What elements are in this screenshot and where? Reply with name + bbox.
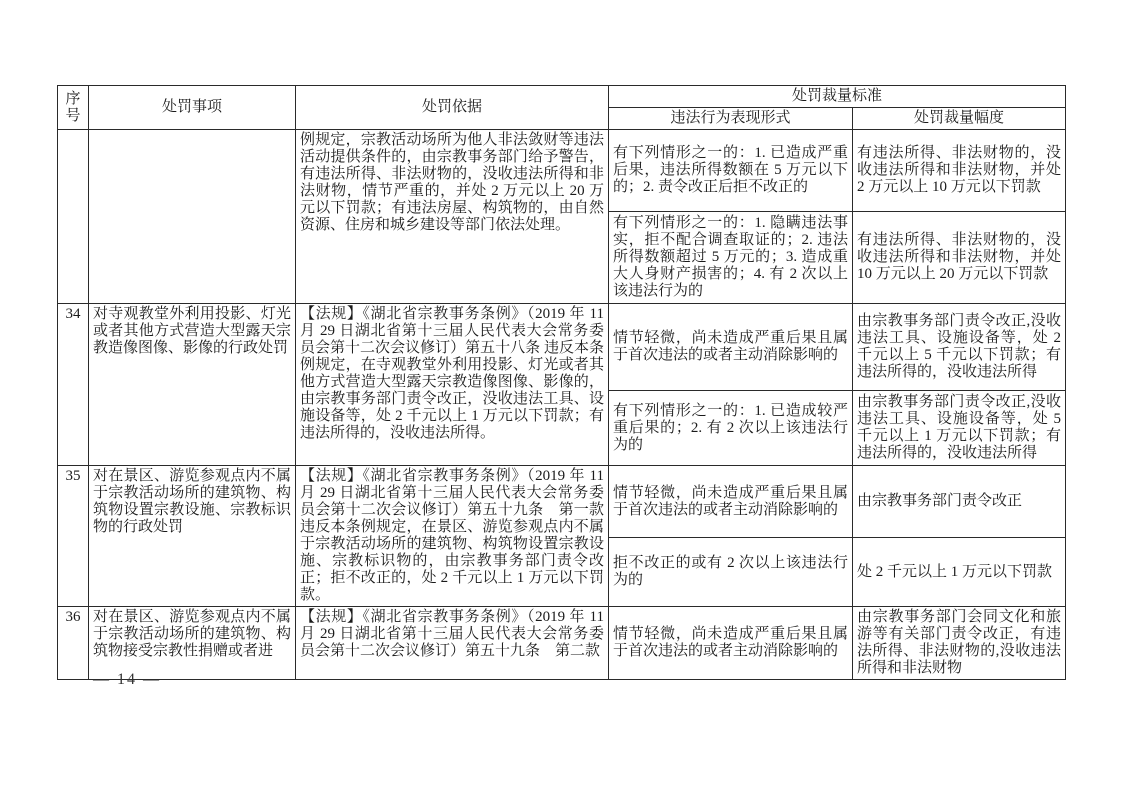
page-number: — 14 —	[93, 671, 161, 689]
cell-range: 由宗教事务部门责令改正,没收违法工具、设施设备等，处 5 千元以上 1 万元以下…	[853, 391, 1066, 466]
cell-range: 有违法所得、非法财物的，没收违法所得和非法财物，并处 2 万元以上 10 万元以…	[853, 130, 1066, 212]
cell-behavior: 有下列情形之一的：1. 已造成较严重后果的；2. 有 2 次以上该违法行为的	[609, 391, 853, 466]
cell-basis: 【法规】《湖北省宗教事务条例》（2019 年 11 月 29 日湖北省第十三届人…	[296, 607, 609, 680]
header-col-basis: 处罚依据	[296, 86, 609, 130]
cell-behavior: 情节轻微，尚未造成严重后果且属于首次违法的或者主动消除影响的	[609, 466, 853, 538]
cell-range: 由宗教事务部门责令改正,没收违法工具、设施设备等，处 2 千元以上 5 千元以下…	[853, 304, 1066, 391]
cell-no	[58, 130, 89, 304]
table-row: 35 对在景区、游览参观点内不属于宗教活动场所的建筑物、构筑物设置宗教设施、宗教…	[58, 466, 1066, 538]
cell-basis: 【法规】《湖北省宗教事务条例》（2019 年 11 月 29 日湖北省第十三届人…	[296, 304, 609, 466]
cell-no: 35	[58, 466, 89, 607]
header-col-standard: 处罚裁量标准	[609, 86, 1066, 108]
cell-behavior: 情节轻微，尚未造成严重后果且属于首次违法的或者主动消除影响的	[609, 304, 853, 391]
header-col-no: 序号	[58, 86, 89, 130]
cell-range: 由宗教事务部门会同文化和旅游等有关部门责令改正，有违法所得、非法财物的,没收违法…	[853, 607, 1066, 680]
cell-matter	[89, 130, 296, 304]
cell-range: 有违法所得、非法财物的，没收违法所得和非法财物，并处 10 万元以上 20 万元…	[853, 212, 1066, 304]
document-page: 序号 处罚事项 处罚依据 处罚裁量标准 违法行为表现形式 处罚裁量幅度 例规定，…	[0, 0, 1123, 794]
table-header-row-1: 序号 处罚事项 处罚依据 处罚裁量标准	[58, 86, 1066, 108]
cell-matter: 对寺观教堂外利用投影、灯光或者其他方式营造大型露天宗教造像图像、影像的行政处罚	[89, 304, 296, 466]
cell-behavior: 有下列情形之一的：1. 隐瞒违法事实，拒不配合调查取证的；2. 违法所得数额超过…	[609, 212, 853, 304]
cell-range: 由宗教事务部门责令改正	[853, 466, 1066, 538]
cell-behavior: 拒不改正的或有 2 次以上该违法行为的	[609, 538, 853, 607]
cell-range: 处 2 千元以上 1 万元以下罚款	[853, 538, 1066, 607]
penalty-standards-table: 序号 处罚事项 处罚依据 处罚裁量标准 违法行为表现形式 处罚裁量幅度 例规定，…	[57, 85, 1066, 680]
cell-basis: 例规定，宗教活动场所为他人非法敛财等违法活动提供条件的，由宗教事务部门给予警告，…	[296, 130, 609, 304]
table-row: 36 对在景区、游览参观点内不属于宗教活动场所的建筑物、构筑物接受宗教性捐赠或者…	[58, 607, 1066, 680]
header-col-behavior: 违法行为表现形式	[609, 108, 853, 130]
header-col-range: 处罚裁量幅度	[853, 108, 1066, 130]
cell-no: 36	[58, 607, 89, 680]
cell-matter: 对在景区、游览参观点内不属于宗教活动场所的建筑物、构筑物接受宗教性捐赠或者进	[89, 607, 296, 680]
header-col-matter: 处罚事项	[89, 86, 296, 130]
cell-matter: 对在景区、游览参观点内不属于宗教活动场所的建筑物、构筑物设置宗教设施、宗教标识物…	[89, 466, 296, 607]
cell-behavior: 情节轻微，尚未造成严重后果且属于首次违法的或者主动消除影响的	[609, 607, 853, 680]
cell-basis: 【法规】《湖北省宗教事务条例》（2019 年 11 月 29 日湖北省第十三届人…	[296, 466, 609, 607]
table-row: 34 对寺观教堂外利用投影、灯光或者其他方式营造大型露天宗教造像图像、影像的行政…	[58, 304, 1066, 391]
cell-behavior: 有下列情形之一的：1. 已造成严重后果，违法所得数额在 5 万元以下的；2. 责…	[609, 130, 853, 212]
cell-no: 34	[58, 304, 89, 466]
table-row: 例规定，宗教活动场所为他人非法敛财等违法活动提供条件的，由宗教事务部门给予警告，…	[58, 130, 1066, 212]
